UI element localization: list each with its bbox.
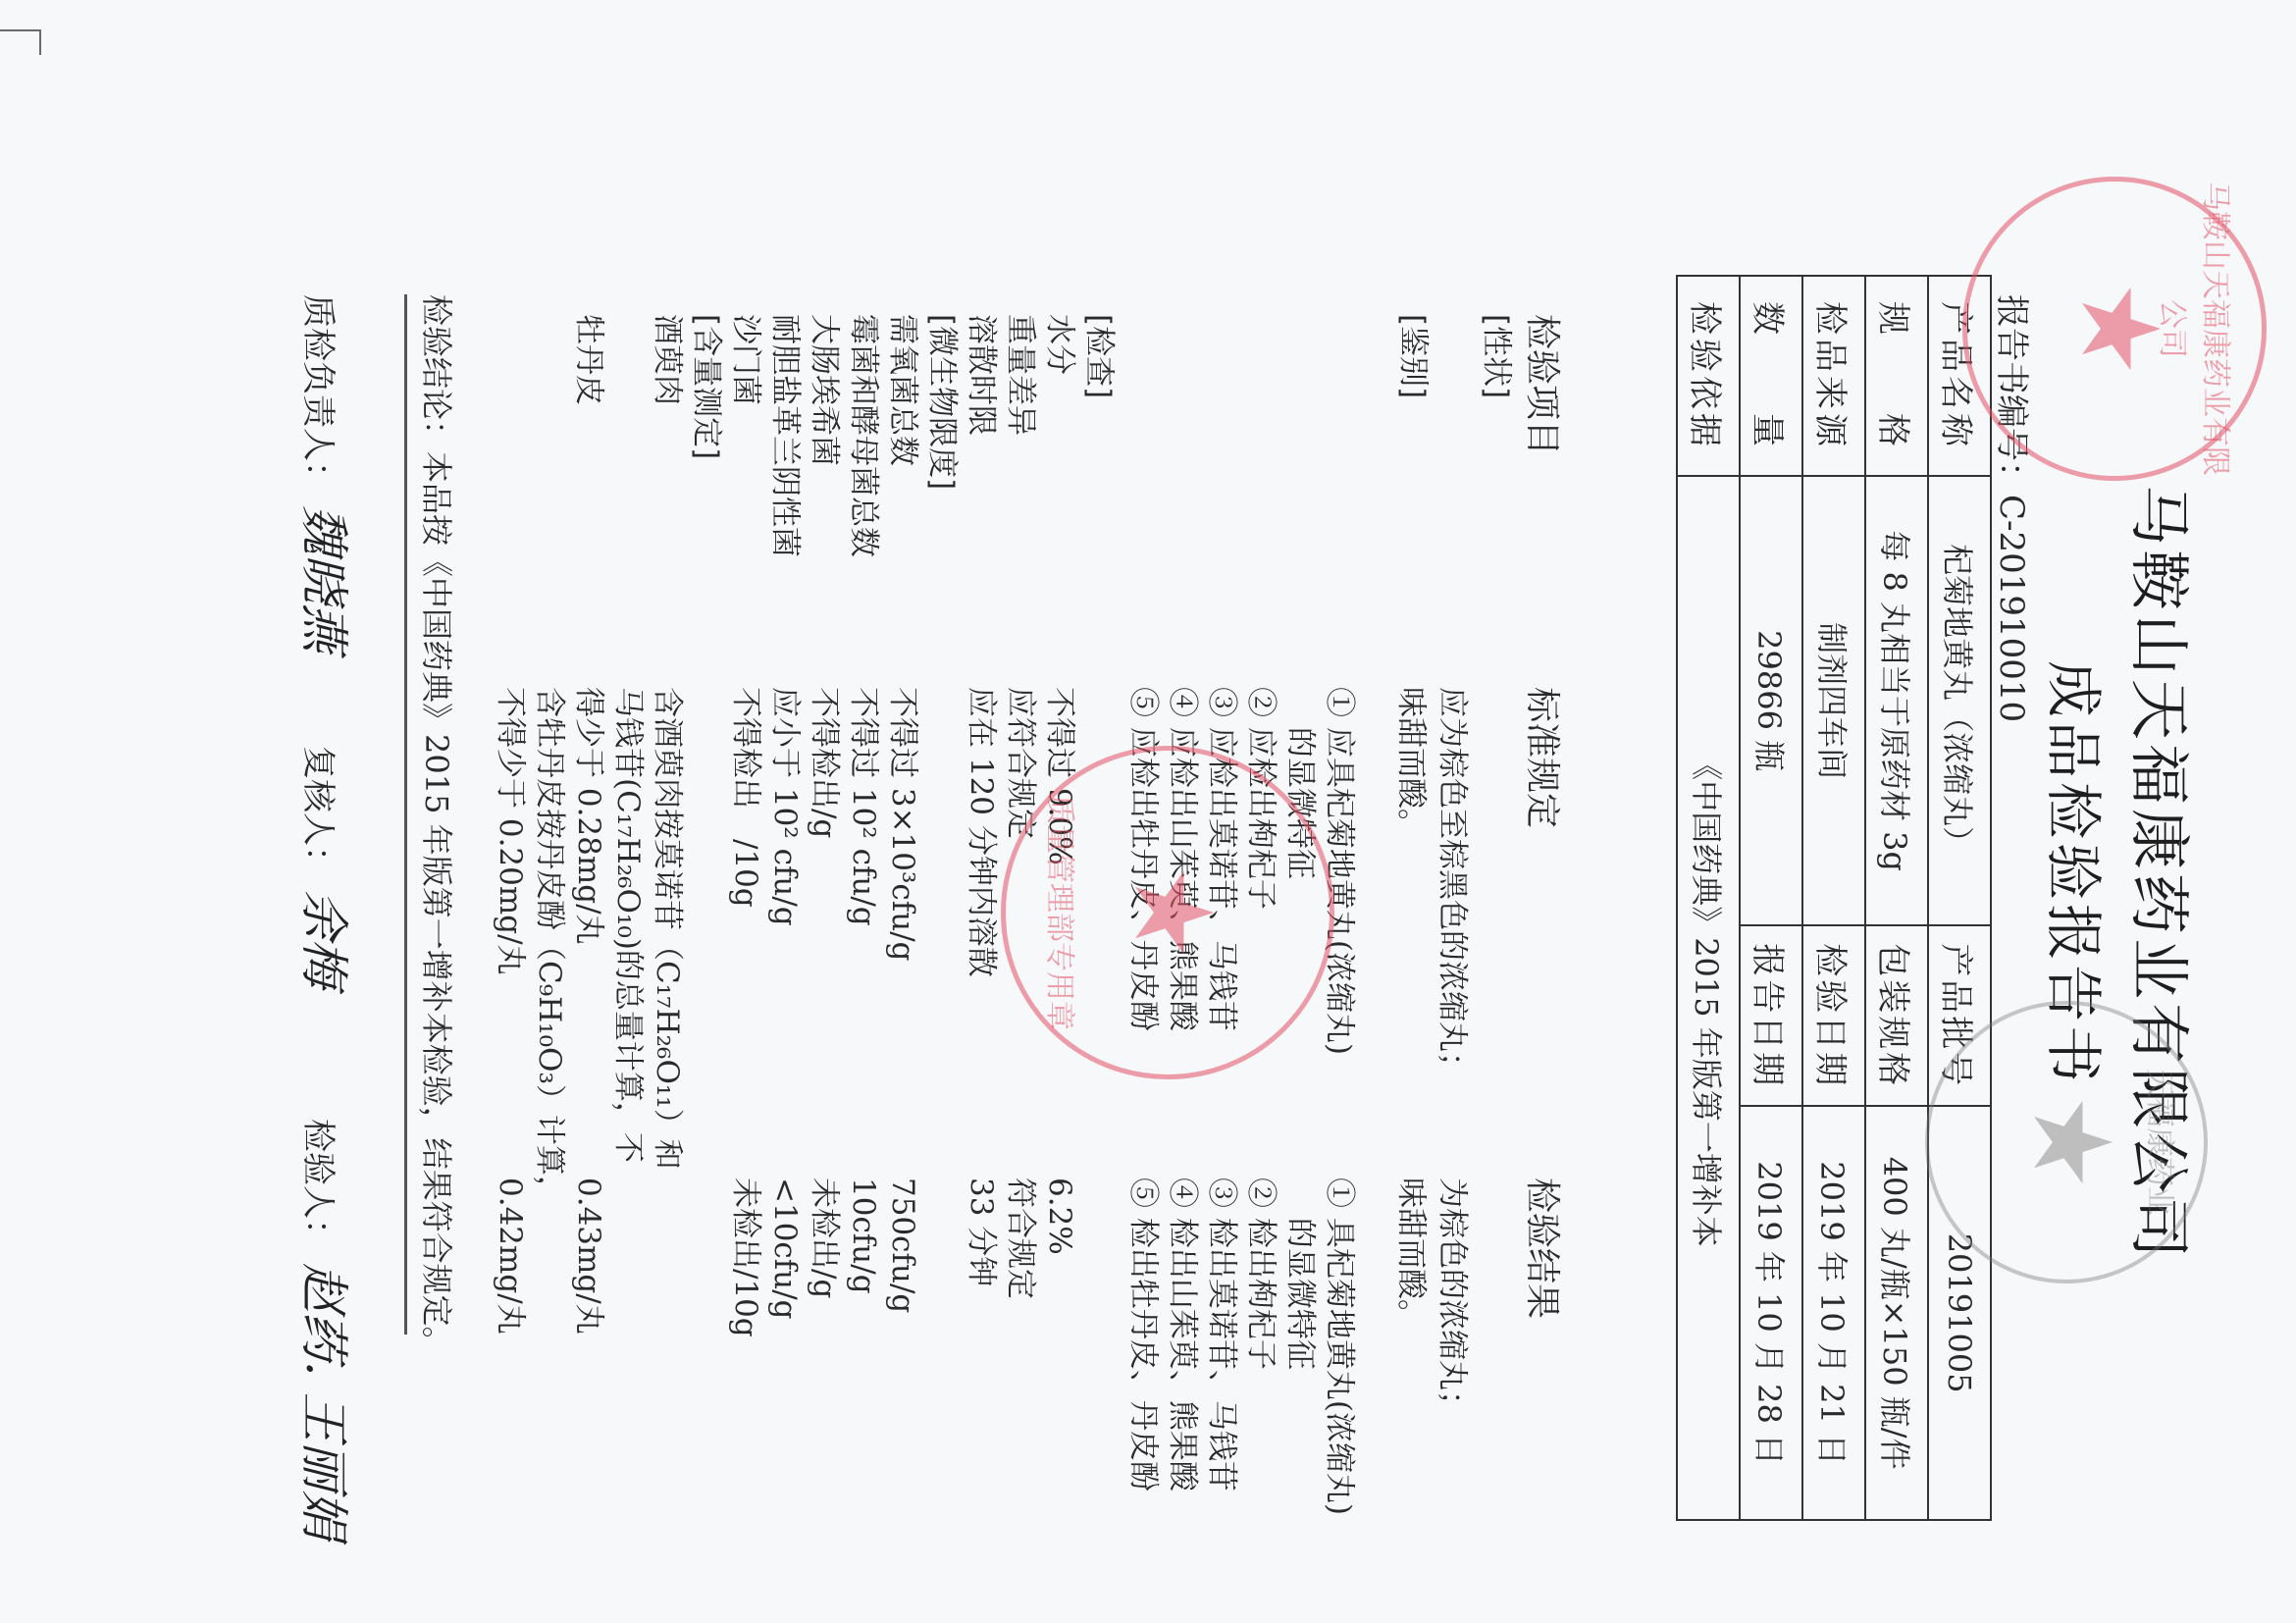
microbial-item-name: 耐胆盐革兰阴性菌 xyxy=(765,314,805,557)
test-conclusion: 检验结论：本品按《中国药典》2015 年版第一增补本检验，结果符合规定。 xyxy=(416,294,461,1358)
table-row: 规 格 每 8 丸相当于原药材 3g 包装规格 400 丸/瓶×150 瓶/件 xyxy=(1865,276,1928,1520)
section-appearance-label: [性状] xyxy=(1477,314,1516,398)
microbial-item-result: 750cfu/g xyxy=(883,1178,922,1313)
inspection-item-result: 符合规定 xyxy=(1001,1178,1040,1299)
appearance-standard-2: 味甜而酸。 xyxy=(1391,687,1431,839)
basis-label: 检验依据 xyxy=(1677,276,1740,476)
microbial-item-result: 未检出/g xyxy=(805,1178,844,1298)
inspection-item-standard: 应符合规定 xyxy=(1001,687,1040,839)
assay-item-name: 酒萸肉 xyxy=(648,314,687,405)
assay-item-name: 牡丹皮 xyxy=(569,314,608,405)
inspection-item-result: 33 分钟 xyxy=(962,1178,1001,1286)
microbial-item-standard: 应小于 10² cfu/g xyxy=(765,687,805,926)
source-value: 制剂四车间 xyxy=(1802,476,1865,925)
assay-standard-line: 含酒萸肉按莫诺苷（C₁₇H₂₆O₁₁）和 xyxy=(648,687,687,1170)
reviewer-signature: 余梅 xyxy=(295,890,352,988)
microbial-item-standard: 不得检出 /10g xyxy=(726,687,765,908)
inspector-label: 检验人： xyxy=(298,1119,338,1252)
reviewer-label: 复核人： xyxy=(298,746,338,879)
section-microbial-label: [微生物限度] xyxy=(922,314,962,490)
assay-standard-line: 不得少于 0.20mg/丸 xyxy=(491,687,530,975)
appearance-result-1: 为棕色的浓缩丸； xyxy=(1433,1178,1472,1421)
source-label: 检品来源 xyxy=(1802,276,1865,476)
microbial-item-result: 未检出/10g xyxy=(726,1178,765,1337)
table-row: 检品来源 制剂四车间 检验日期 2019 年 10 月 21 日 xyxy=(1802,276,1865,1520)
product-info-table: 产品名称 杞菊地黄丸（浓缩丸） 产品批号 20191005 规 格 每 8 丸相… xyxy=(1676,275,1992,1521)
batch-value: 20191005 xyxy=(1928,1106,1991,1520)
report-number-label: 报告书编号： xyxy=(1992,294,2031,495)
spec-value: 每 8 丸相当于原药材 3g xyxy=(1865,476,1928,925)
microbial-item-standard: 不得检出/g xyxy=(805,687,844,838)
column-header-item: 检验项目 xyxy=(1520,314,1570,455)
identification-standard-3: ③ 应检出莫诺苷、马钱苷 xyxy=(1202,687,1241,1031)
divider-line xyxy=(404,294,407,1335)
table-row: 检验依据 《中国药典》2015 年版第一增补本 xyxy=(1677,276,1740,1520)
basis-value: 《中国药典》2015 年版第一增补本 xyxy=(1677,476,1740,1520)
identification-result-3: ③ 检出莫诺苷、马钱苷 xyxy=(1202,1178,1241,1492)
identification-standard-1: ① 应具杞菊地黄丸(浓缩丸) xyxy=(1320,687,1359,1055)
section-identification-label: [鉴别] xyxy=(1393,314,1433,398)
test-date-label: 检验日期 xyxy=(1802,925,1865,1106)
report-number-value: C-201910010 xyxy=(1992,495,2031,722)
report-page: 马鞍山天福康药业有限公司 成品检验报告书 报告书编号：C-201910010 产… xyxy=(147,137,2247,1609)
column-header-standard: 标准规定 xyxy=(1520,687,1570,828)
microbial-item-result: <10cfu/g xyxy=(765,1178,805,1320)
identification-standard-1b: 的显微特征 xyxy=(1280,687,1320,879)
column-header-result: 检验结果 xyxy=(1520,1178,1570,1319)
inspection-item-standard: 不得过 9.0% xyxy=(1040,687,1079,865)
identification-standard-5: ⑤ 应检出牡丹皮、丹皮酚 xyxy=(1123,687,1163,1031)
assay-item-result: 0.42mg/丸 xyxy=(491,1178,530,1335)
qa-signature: 魏晓燕 xyxy=(295,505,352,653)
package-label: 包装规格 xyxy=(1865,925,1928,1106)
document-title: 成品检验报告书 xyxy=(2037,137,2119,1609)
quantity-label: 数 量 xyxy=(1740,276,1802,476)
inspection-item-standard: 应在 120 分钟内溶散 xyxy=(962,687,1001,977)
package-value: 400 丸/瓶×150 瓶/件 xyxy=(1865,1106,1928,1520)
section-inspection-label: [检查] xyxy=(1079,314,1119,398)
identification-result-2: ② 检出枸杞子 xyxy=(1241,1178,1280,1370)
microbial-item-standard: 不得过 10² cfu/g xyxy=(844,687,883,926)
inspector-signature: 赵药. 王丽娟 xyxy=(295,1263,352,1540)
table-row: 数 量 29866 瓶 报告日期 2019 年 10 月 28 日 xyxy=(1740,276,1802,1520)
inspection-item-name: 溶散时限 xyxy=(962,314,1001,436)
assay-standard-line: 含牡丹皮按丹皮酚（C₉H₁₀O₃）计算， xyxy=(530,687,569,1206)
assay-item-result: 0.43mg/丸 xyxy=(569,1178,608,1335)
microbial-item-name: 霉菌和酵母菌总数 xyxy=(844,314,883,557)
inspection-item-name: 重量差异 xyxy=(1001,314,1040,436)
microbial-item-standard: 不得过 3×10³cfu/g xyxy=(883,687,922,962)
identification-result-1b: 的显微特征 xyxy=(1280,1178,1320,1370)
identification-result-4: ④ 检出山茱萸、熊果酸 xyxy=(1163,1178,1202,1492)
assay-standard-line: 马钱苷(C₁₇H₂₆O₁₀)的总量计算，不 xyxy=(608,687,648,1163)
inspector-signature-block: 检验人： 赵药. 王丽娟 xyxy=(292,1119,363,1540)
appearance-standard-1: 应为棕色至棕黑色的浓缩丸； xyxy=(1433,687,1472,1082)
spec-label: 规 格 xyxy=(1865,276,1928,476)
identification-result-1: ① 具杞菊地黄丸(浓缩丸) xyxy=(1320,1178,1359,1515)
company-name: 马鞍山天福康药业有限公司 xyxy=(2120,137,2208,1609)
identification-standard-2: ② 应检出枸杞子 xyxy=(1241,687,1280,910)
inspection-item-result: 6.2% xyxy=(1040,1178,1079,1255)
test-date-value: 2019 年 10 月 21 日 xyxy=(1802,1106,1865,1520)
product-name-label: 产品名称 xyxy=(1928,276,1991,476)
report-date-label: 报告日期 xyxy=(1740,925,1802,1106)
scan-corner-mark xyxy=(0,29,41,55)
microbial-item-name: 大肠埃希菌 xyxy=(805,314,844,466)
section-assay-label: [含量测定] xyxy=(687,314,726,459)
batch-label: 产品批号 xyxy=(1928,925,1991,1106)
report-number: 报告书编号：C-201910010 xyxy=(1991,294,2039,722)
reviewer-signature-block: 复核人： 余梅 xyxy=(292,746,363,988)
product-name-value: 杞菊地黄丸（浓缩丸） xyxy=(1928,476,1991,925)
appearance-result-2: 味甜而酸。 xyxy=(1391,1178,1431,1330)
quantity-value: 29866 瓶 xyxy=(1740,476,1802,925)
table-row: 产品名称 杞菊地黄丸（浓缩丸） 产品批号 20191005 xyxy=(1928,276,1991,1520)
identification-standard-4: ④ 应检出山茱萸、熊果酸 xyxy=(1163,687,1202,1031)
report-date-value: 2019 年 10 月 28 日 xyxy=(1740,1106,1802,1520)
assay-standard-line: 得少于 0.28mg/丸 xyxy=(569,687,608,945)
qa-label: 质检负责人： xyxy=(298,294,338,495)
qa-signature-block: 质检负责人： 魏晓燕 xyxy=(292,294,363,653)
microbial-item-result: 10cfu/g xyxy=(844,1178,883,1294)
identification-result-5: ⑤ 检出牡丹皮、丹皮酚 xyxy=(1123,1178,1163,1492)
inspection-item-name: 水分 xyxy=(1040,314,1079,375)
microbial-item-name: 沙门菌 xyxy=(726,314,765,405)
microbial-item-name: 需氧菌总数 xyxy=(883,314,922,466)
